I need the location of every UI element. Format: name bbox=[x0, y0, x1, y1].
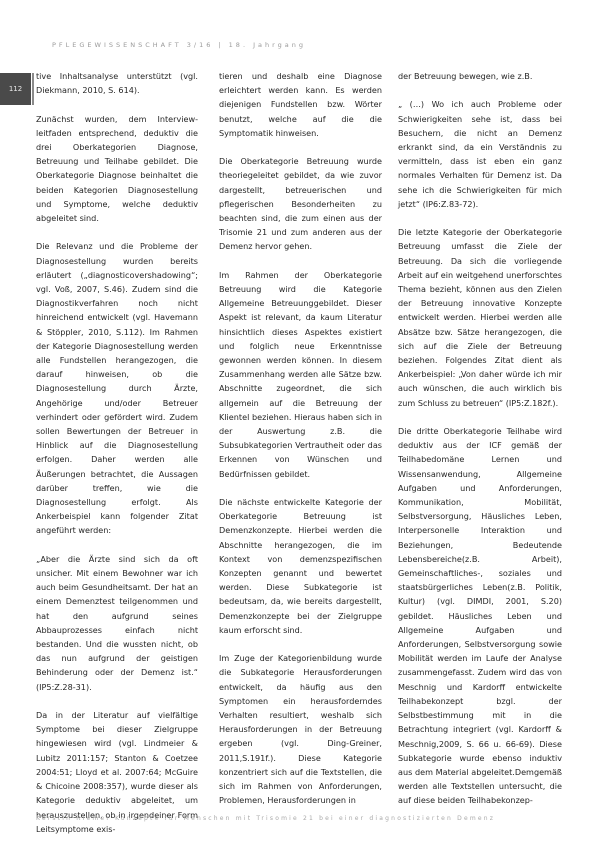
paragraph: Die Oberkategorie Betreuung wurde theori… bbox=[219, 154, 382, 253]
text-column-3: der Betreuung bewegen, wie z.B. „ (…) Wo… bbox=[398, 69, 562, 822]
paragraph: Die nächste entwickelte Kategorie der Ob… bbox=[219, 495, 382, 637]
text-column-1: tive Inhaltsanalyse unterstützt (vgl. Di… bbox=[36, 69, 198, 848]
page-number: 112 bbox=[0, 73, 31, 105]
quote-paragraph: „ (…) Wo ich auch Probleme oder Schwieri… bbox=[398, 97, 562, 211]
running-footer: Kerstin Riemer Konzepte für Menschen mit… bbox=[36, 815, 495, 822]
paragraph: Zunächst wurden, dem Interview-leitfaden… bbox=[36, 112, 198, 226]
paragraph: Die Relevanz und die Probleme der Diagno… bbox=[36, 239, 198, 537]
running-head: PFLEGEWISSENSCHAFT 3/16 | 18. Jahrgang bbox=[52, 41, 306, 49]
paragraph: der Betreuung bewegen, wie z.B. bbox=[398, 69, 562, 83]
paragraph: Im Zuge der Kategorienbildung wurde die … bbox=[219, 651, 382, 807]
text-column-2: tieren und deshalb eine Diagnose erleich… bbox=[219, 69, 382, 822]
paragraph: Die dritte Oberkategorie Teilhabe wird d… bbox=[398, 424, 562, 807]
paragraph: tieren und deshalb eine Diagnose erleich… bbox=[219, 69, 382, 140]
paragraph: tive Inhaltsanalyse unterstützt (vgl. Di… bbox=[36, 69, 198, 97]
quote-paragraph: „Aber die Ärzte sind sich da oft unsiche… bbox=[36, 552, 198, 694]
paragraph: Im Rahmen der Oberkategorie Betreuung wi… bbox=[219, 268, 382, 481]
paragraph: Die letzte Kategorie der Oberkategorie B… bbox=[398, 225, 562, 410]
